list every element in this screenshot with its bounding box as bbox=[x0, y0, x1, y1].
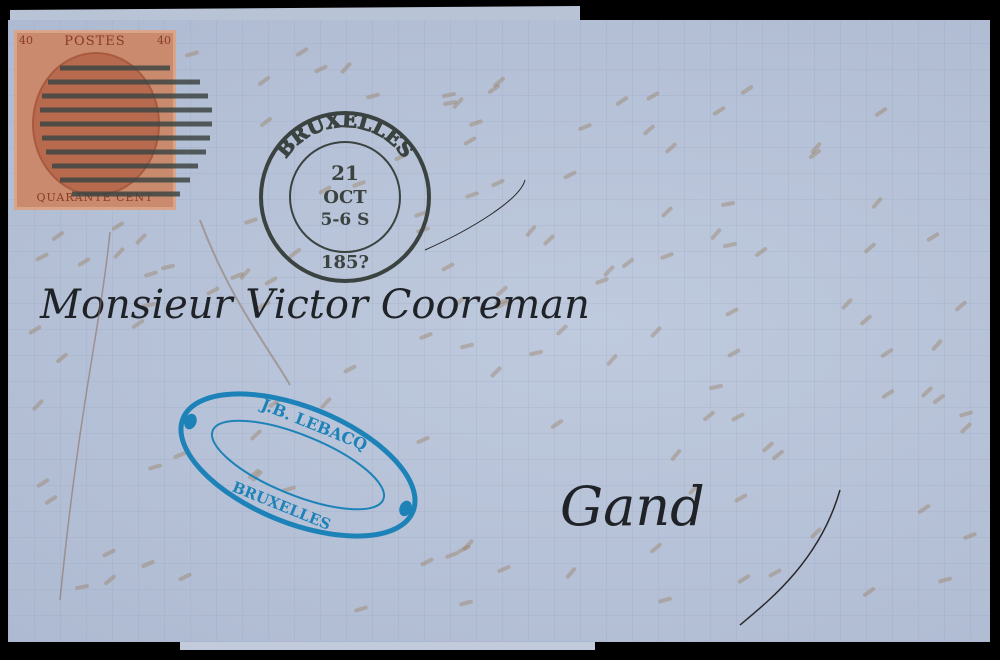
postmark-time: 5-6 S bbox=[321, 210, 370, 230]
handwritten-address: Monsieur Victor Cooreman Gand bbox=[39, 180, 840, 625]
sender-cachet: J.B. LEBACQ BRUXELLES bbox=[161, 365, 434, 565]
address-city: Gand bbox=[560, 475, 705, 538]
circular-date-postmark: BRUXELLES 21 OCT 5-6 S 185? bbox=[261, 108, 429, 281]
markings-layer: BRUXELLES 21 OCT 5-6 S 185? J.B. LEBACQ … bbox=[0, 0, 1000, 660]
postmark-month: OCT bbox=[323, 187, 367, 208]
cachet-name: J.B. LEBACQ bbox=[257, 394, 370, 455]
postmark-city: BRUXELLES bbox=[271, 108, 419, 162]
address-recipient: Monsieur Victor Cooreman bbox=[39, 282, 590, 328]
barred-cancel bbox=[40, 68, 212, 194]
postmark-day: 21 bbox=[331, 161, 359, 185]
postmark-year: 185? bbox=[321, 252, 369, 273]
